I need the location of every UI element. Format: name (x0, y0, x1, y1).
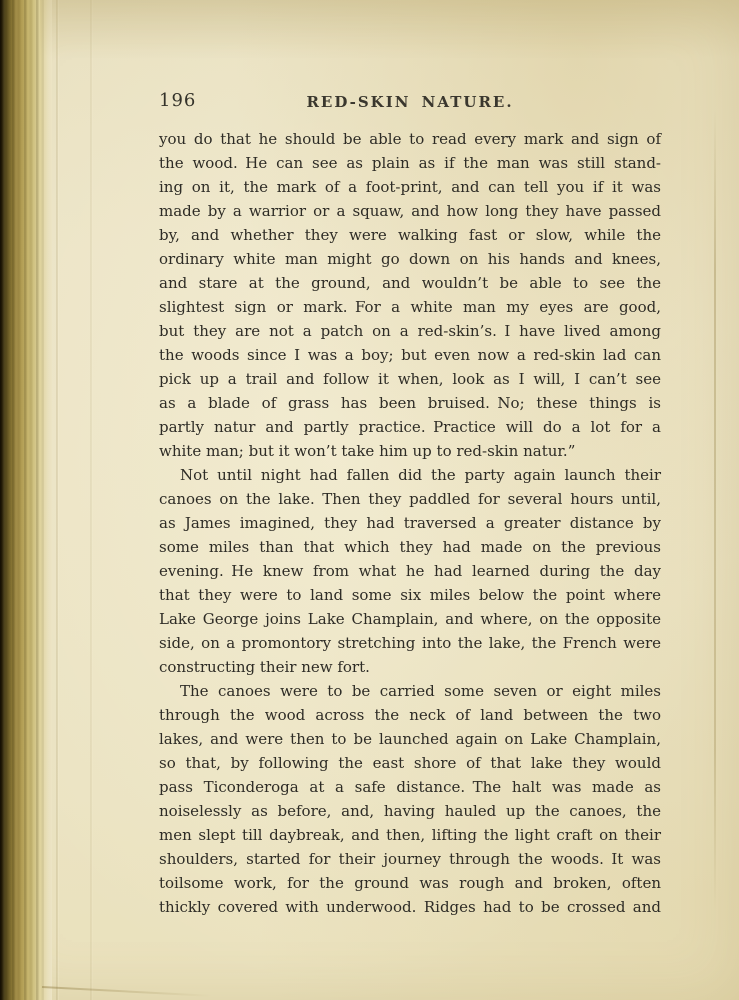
text-line: canoes on the lake. Then they paddled fo… (159, 487, 661, 511)
text-line: noiselessly as before, and, having haule… (159, 799, 661, 823)
text-line: shoulders, started for their journey thr… (159, 847, 661, 871)
text-line: side, on a promontory stretching into th… (159, 631, 661, 655)
text-line: Not until night had fallen did the party… (159, 463, 661, 487)
text-line: but they are not a patch on a red-skin’s… (159, 319, 661, 343)
text-line: Lake George joins Lake Champlain, and wh… (159, 607, 661, 631)
page-crease (56, 0, 59, 1000)
text-line: thickly covered with underwood. Ridges h… (159, 895, 661, 919)
text-line: the woods since I was a boy; but even no… (159, 343, 661, 367)
text-line: you do that he should be able to read ev… (159, 127, 661, 151)
top-edge-shadow (40, 0, 739, 58)
text-line: pass Ticonderoga at a safe distance. The… (159, 775, 661, 799)
text-line: the wood. He can see as plain as if the … (159, 151, 661, 175)
page-text: you do that he should be able to read ev… (159, 127, 661, 919)
page-crease (90, 0, 93, 1000)
text-line: constructing their new fort. (159, 655, 661, 679)
text-line: through the wood across the neck of land… (159, 703, 661, 727)
text-line: as a blade of grass has been bruised. No… (159, 391, 661, 415)
bottom-corner-fold (42, 986, 212, 997)
text-line: men slept till daybreak, and then, lifti… (159, 823, 661, 847)
text-line: white man; but it won’t take him up to r… (159, 439, 661, 463)
text-line: lakes, and were then to be launched agai… (159, 727, 661, 751)
running-head-title: RED-SKIN NATURE. (159, 93, 661, 111)
page-edge-stripes (0, 0, 44, 1000)
text-line: made by a warrior or a squaw, and how lo… (159, 199, 661, 223)
text-line: slightest sign or mark. For a white man … (159, 295, 661, 319)
text-line: and stare at the ground, and wouldn’t be… (159, 271, 661, 295)
text-line: toilsome work, for the ground was rough … (159, 871, 661, 895)
text-line: that they were to land some six miles be… (159, 583, 661, 607)
right-page-curl-line (714, 110, 716, 910)
text-line: evening. He knew from what he had learne… (159, 559, 661, 583)
text-line: so that, by following the east shore of … (159, 751, 661, 775)
text-line: by, and whether they were walking fast o… (159, 223, 661, 247)
text-line: The canoes were to be carried some seven… (159, 679, 661, 703)
text-line: some miles than that which they had made… (159, 535, 661, 559)
text-line: as James imagined, they had traversed a … (159, 511, 661, 535)
text-line: ing on it, the mark of a foot-print, and… (159, 175, 661, 199)
text-line: pick up a trail and follow it when, look… (159, 367, 661, 391)
text-line: partly natur and partly practice. Practi… (159, 415, 661, 439)
scanned-book-page: 196 RED-SKIN NATURE. you do that he shou… (0, 0, 739, 1000)
text-line: ordinary white man might go down on his … (159, 247, 661, 271)
